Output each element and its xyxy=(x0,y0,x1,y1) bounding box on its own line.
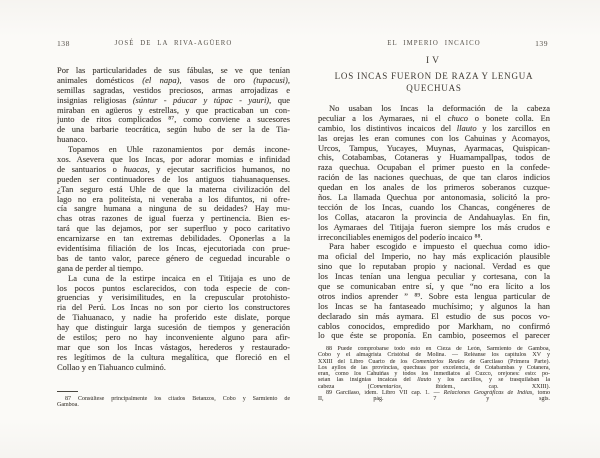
text-line: bas de tanto valor, parece género de ceg… xyxy=(57,254,290,264)
chapter-number: IV xyxy=(318,56,550,66)
text-line: peculiar a los Aymaraes, ni el chuco o b… xyxy=(318,114,550,124)
footnotes-right: 88 Puede comprobarse todo esto en Cieza … xyxy=(318,346,550,403)
text-line: los Collas, atacaron la provincia de And… xyxy=(318,213,550,223)
text-line: los Aymaraes del Titijaja fueron siempre… xyxy=(318,223,550,233)
text-line: encarnizarse en tan extremas debilidades… xyxy=(57,234,290,244)
text-line: La cuna de la estirpe incaica en el Titi… xyxy=(57,274,290,284)
text-line: seían las insignias incaicas del llauto … xyxy=(318,377,550,383)
text-line: quedan en los anales de los primeros sob… xyxy=(318,183,550,193)
running-header-left: JOSÉ DE LA RIVA-AGÜERO xyxy=(57,40,290,47)
text-line: 87 Consúltese principalmente los citados… xyxy=(57,396,290,402)
page-right: EL IMPERIO INCAICO 139 IV LOS INCAS FUER… xyxy=(318,0,550,458)
text-line: que se comunicaban entre sí, y que “no e… xyxy=(318,282,550,292)
text-line: de santuarios o huacas, y ejecutar sacri… xyxy=(57,165,290,175)
text-line: Urcos, Tampus, Yucayes, Muynas, Ayarmaca… xyxy=(318,144,550,154)
text-line: sino que lo reputaban propio y nacional.… xyxy=(318,262,550,272)
text-line: II, pág. 7 y sgts. xyxy=(318,396,550,402)
body-text-right: No usaban los Incas la deformación de la… xyxy=(318,104,550,341)
text-line: junto de ritos complicados ⁸⁷, como conv… xyxy=(57,115,290,125)
text-line: Para haber escogido e impuesto el quechu… xyxy=(318,242,550,252)
text-line: insignias religiosas (súntur - páucar y … xyxy=(57,96,290,106)
text-line: Gamboa. xyxy=(57,402,290,408)
page-left: 138 JOSÉ DE LA RIVA-AGÜERO Por las parti… xyxy=(57,0,290,458)
text-line: declarado sin más aymara. El estudio de … xyxy=(318,312,550,322)
text-line: No usaban los Incas la deformación de la… xyxy=(318,104,550,114)
text-line: Collao y en Tiahuanco culminó. xyxy=(57,363,290,373)
text-line: hay que distinguir larga sucesión de tie… xyxy=(57,323,290,333)
running-head-left: 138 JOSÉ DE LA RIVA-AGÜERO xyxy=(57,40,290,51)
text-line: los Incas tenían una lengua peculiar y c… xyxy=(318,272,550,282)
text-line: semillas sagradas, vestidos preciosos, a… xyxy=(57,86,290,96)
text-line: ma oficial del Imperio, no hay más expli… xyxy=(318,252,550,262)
text-line: irreconciliables enemigos del poderío in… xyxy=(318,233,550,243)
text-line: mar que son los Incas vástagos, heredero… xyxy=(57,343,290,353)
chapter-title-line: LOS INCAS FUERON DE RAZA Y LENGUA xyxy=(318,71,550,83)
text-line: lago no era politeísta, ni veneraba a lo… xyxy=(57,195,290,205)
text-line: ños. La llamada Quechua por antonomasia,… xyxy=(318,193,550,203)
text-line: Por las particularidades de sus fábulas,… xyxy=(57,66,290,76)
text-line: evidentísima filiación de los Incas, eje… xyxy=(57,244,290,254)
text-line: los Incas se ha fantaseado muchísimo; y … xyxy=(318,302,550,312)
text-line: pueden ser continuadores de los antiguos… xyxy=(57,175,290,185)
text-line: de estilos; pero no hay inconveniente al… xyxy=(57,333,290,343)
text-line: chas otras razones de igual fuerza y per… xyxy=(57,214,290,224)
text-line: raza quechua. Ocupaban el primer puesto … xyxy=(318,163,550,173)
text-line: otros indios aprender ” ⁸⁹. Sobre esta l… xyxy=(318,292,550,302)
text-line: ¿Tan seguro está Uhle de que la materna … xyxy=(57,185,290,195)
text-line: cambio, los distintivos incaicos del lla… xyxy=(318,124,550,134)
text-line: gana de perder al tiempo. xyxy=(57,264,290,274)
text-line: tección de los Incas, cuando los Chancas… xyxy=(318,203,550,213)
body-text-left: Por las particularidades de sus fábulas,… xyxy=(57,66,290,373)
text-line: chis, Cotabambas, Cotaneras y Huamampall… xyxy=(318,153,550,163)
text-line: lo que éste se proponía. En cambio, pose… xyxy=(318,331,550,341)
text-line: ria del Perú. Los Incas no son por ciert… xyxy=(57,303,290,313)
text-line: miraban en agüeros y estrellas, y que pr… xyxy=(57,106,290,116)
footnotes-left: 87 Consúltese principalmente los citados… xyxy=(57,396,290,409)
text-line: gruencias y verisimilitudes, en la crepu… xyxy=(57,293,290,303)
text-line: xos. Asevera que los Incas, por adorar m… xyxy=(57,155,290,165)
text-line: huanaco. xyxy=(57,135,290,145)
running-header-right: EL IMPERIO INCAICO xyxy=(318,40,550,47)
running-head-right: EL IMPERIO INCAICO 139 xyxy=(318,40,550,51)
book-spread: 138 JOSÉ DE LA RIVA-AGÜERO Por las parti… xyxy=(0,0,600,458)
text-line: los pocos puntos esclarecidos, con toda … xyxy=(57,284,290,294)
text-line: las orejas les eran comunes con los Cahu… xyxy=(318,134,550,144)
text-line: Topamos en Uhle razonamientos por demás … xyxy=(57,145,290,155)
text-line: XXIII del Libro Cuarto de los Comentario… xyxy=(318,359,550,365)
text-line: cía sangre humana a ninguna de su deidad… xyxy=(57,204,290,214)
text-line: ración de las naciones quechuas, de que … xyxy=(318,173,550,183)
text-line: de una barbarie teocrática, según hubo d… xyxy=(57,125,290,135)
page-number-right: 139 xyxy=(535,39,548,48)
chapter-title: LOS INCAS FUERON DE RAZA Y LENGUA QUECHU… xyxy=(318,71,550,94)
text-line: animales domésticos (el napa), vasos de … xyxy=(57,76,290,86)
text-line: tará que las dejamos, por ser superfluo … xyxy=(57,224,290,234)
chapter-title-line: QUECHUAS xyxy=(318,83,550,95)
text-line: de Tiahuanaco, y nadie ha proferido este… xyxy=(57,313,290,323)
text-line: cablos conocidos, empredido por Markham,… xyxy=(318,322,550,332)
text-line: res legítimos de la cultura megalítica, … xyxy=(57,353,290,363)
footnote-rule-left xyxy=(57,391,78,392)
